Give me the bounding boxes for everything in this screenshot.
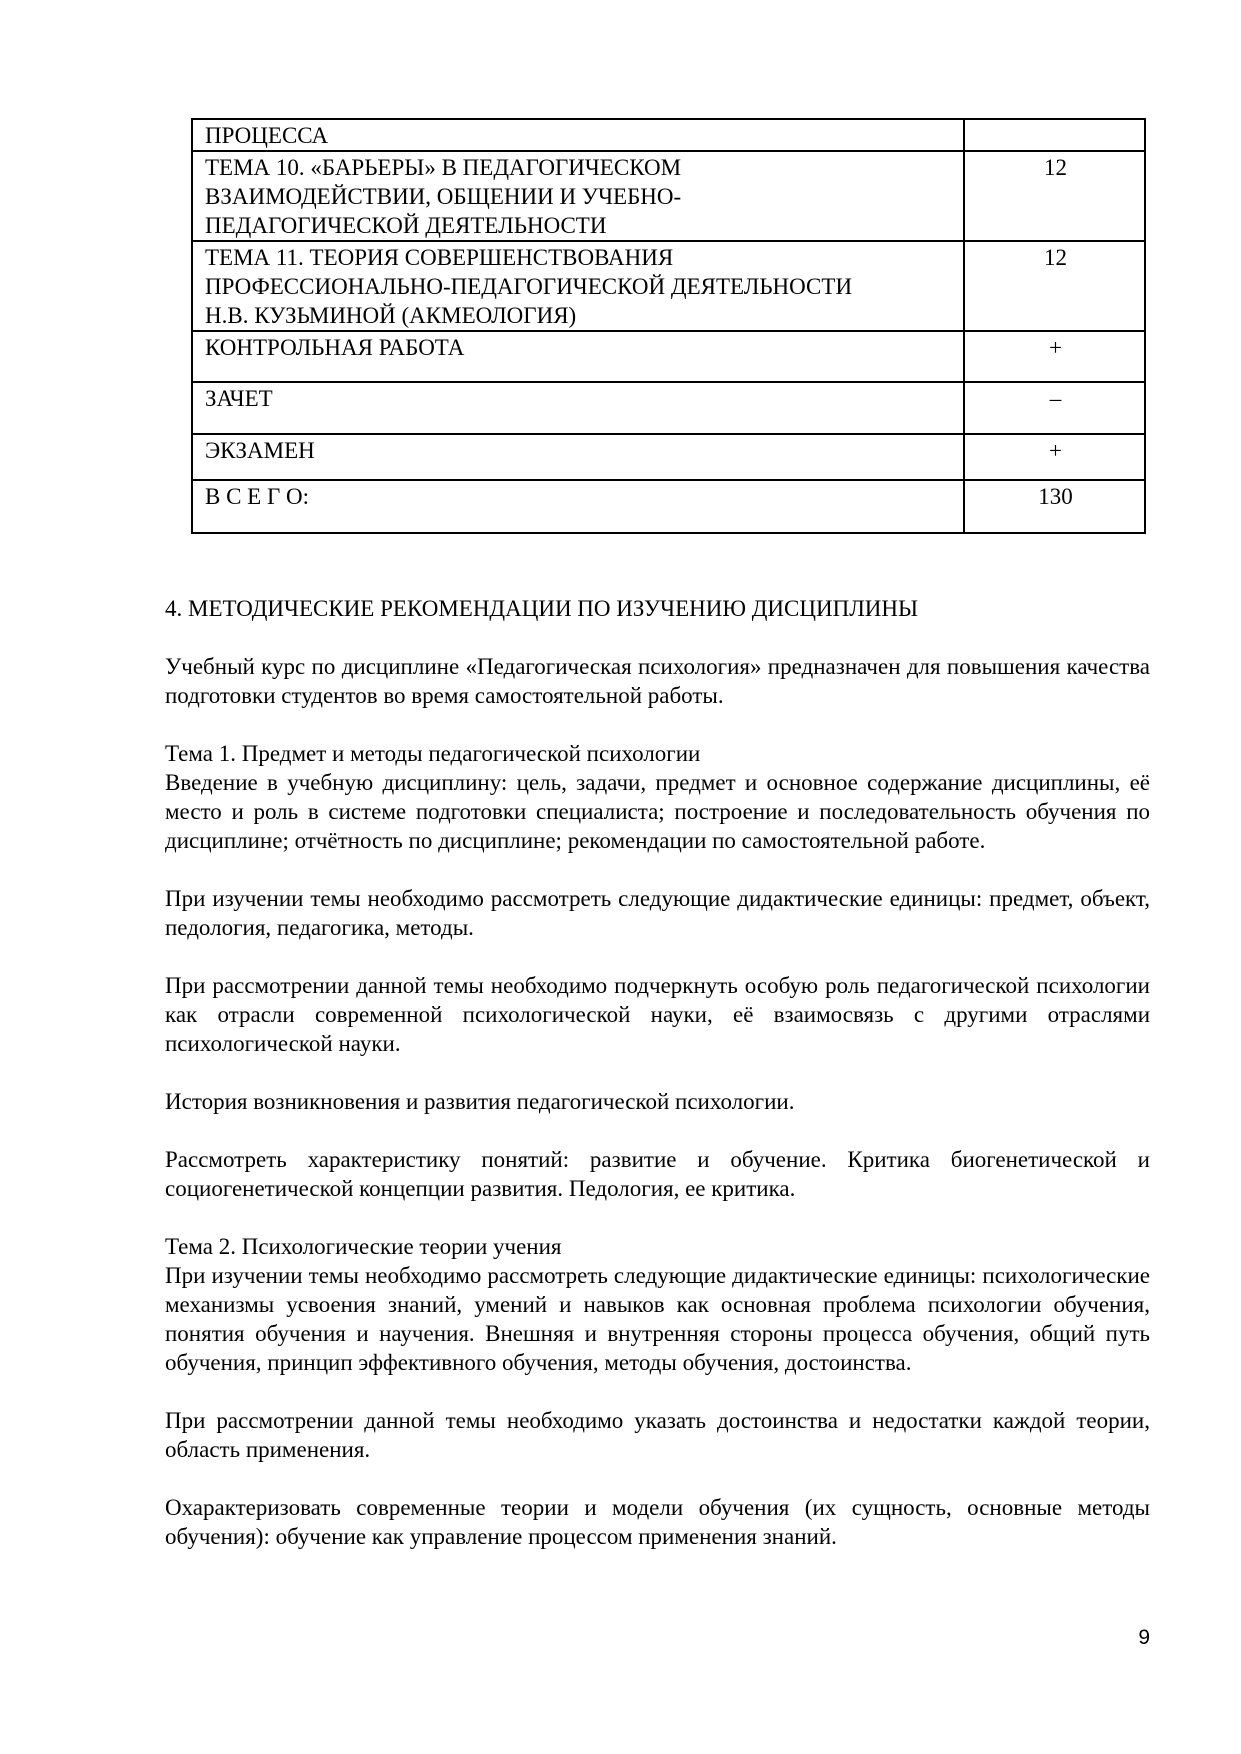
document-text-section: 4. МЕТОДИЧЕСКИЕ РЕКОМЕНДАЦИИ ПО ИЗУЧЕНИЮ… (165, 594, 1150, 1580)
table-row: ПРОЦЕССА (192, 119, 1145, 151)
tema-1-heading: Тема 1. Предмет и методы педагогической … (165, 739, 1150, 768)
hours-cell: 130 (964, 480, 1145, 533)
table-row: ЭКЗАМЕН + (192, 434, 1145, 480)
paragraph: При рассмотрении данной темы необходимо … (165, 971, 1150, 1058)
paragraph: Учебный курс по дисциплине «Педагогическ… (165, 652, 1150, 710)
table-row: ТЕМА 11. ТЕОРИЯ СОВЕРШЕНСТВОВАНИЯ ПРОФЕС… (192, 241, 1145, 331)
page-footer: 9 (165, 1626, 1150, 1650)
table-row: КОНТРОЛЬНАЯ РАБОТА + (192, 331, 1145, 382)
paragraph: Введение в учебную дисциплину: цель, зад… (165, 768, 1150, 855)
page-number: 9 (1138, 1626, 1150, 1649)
paragraph: При изучении темы необходимо рассмотреть… (165, 884, 1150, 942)
topic-cell: ПРОЦЕССА (192, 119, 964, 151)
curriculum-hours-table: ПРОЦЕССА ТЕМА 10. «БАРЬЕРЫ» В ПЕДАГОГИЧЕ… (191, 118, 1146, 534)
topic-cell: ТЕМА 11. ТЕОРИЯ СОВЕРШЕНСТВОВАНИЯ ПРОФЕС… (192, 241, 964, 331)
topic-cell: КОНТРОЛЬНАЯ РАБОТА (192, 331, 964, 382)
paragraph: История возникновения и развития педагог… (165, 1087, 1150, 1116)
topic-cell: ЗАЧЕТ (192, 382, 964, 434)
topic-cell: ТЕМА 10. «БАРЬЕРЫ» В ПЕДАГОГИЧЕСКОМ ВЗАИ… (192, 151, 964, 241)
paragraph: Охарактеризовать современные теории и мо… (165, 1493, 1150, 1551)
document-page: { "table": { "rows": [ { "topic": "ПРОЦЕ… (0, 0, 1241, 1754)
paragraph: Рассмотреть характеристику понятий: разв… (165, 1145, 1150, 1203)
topic-cell: ЭКЗАМЕН (192, 434, 964, 480)
section-heading: 4. МЕТОДИЧЕСКИЕ РЕКОМЕНДАЦИИ ПО ИЗУЧЕНИЮ… (165, 594, 1150, 623)
topic-cell: В С Е Г О: (192, 480, 964, 533)
table-row: ТЕМА 10. «БАРЬЕРЫ» В ПЕДАГОГИЧЕСКОМ ВЗАИ… (192, 151, 1145, 241)
paragraph: При рассмотрении данной темы необходимо … (165, 1406, 1150, 1464)
curriculum-table: ПРОЦЕССА ТЕМА 10. «БАРЬЕРЫ» В ПЕДАГОГИЧЕ… (191, 118, 1146, 534)
table-row: ЗАЧЕТ – (192, 382, 1145, 434)
tema-2-heading: Тема 2. Психологические теории учения (165, 1232, 1150, 1261)
hours-cell: + (964, 434, 1145, 480)
hours-cell (964, 119, 1145, 151)
paragraph: При изучении темы необходимо рассмотреть… (165, 1261, 1150, 1377)
hours-cell: 12 (964, 241, 1145, 331)
hours-cell: – (964, 382, 1145, 434)
table-row: В С Е Г О: 130 (192, 480, 1145, 533)
hours-cell: + (964, 331, 1145, 382)
hours-cell: 12 (964, 151, 1145, 241)
